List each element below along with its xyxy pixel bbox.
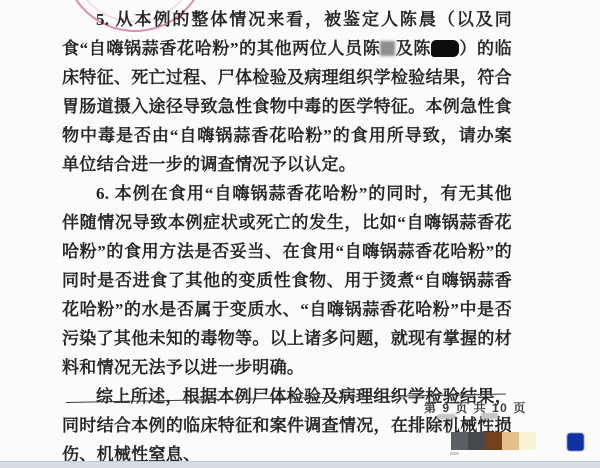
scanned-document-page: 5. 从本例的整体情况来看，被鉴定人陈晨（以及同食“自嗨锅蒜香花哈粉”的其他两位… [0, 0, 600, 468]
color-swatch [485, 432, 502, 450]
redacted-name-blur [380, 41, 395, 56]
paragraph-5-text-2: 及陈 [395, 39, 431, 58]
paragraph-5: 5. 从本例的整体情况来看，被鉴定人陈晨（以及同食“自嗨锅蒜香花哈粉”的其他两位… [62, 5, 512, 179]
redacted-name-black [431, 40, 459, 57]
highlight-smudge-current-page [437, 414, 455, 420]
paragraph-5-text-3: ）的临床特征、死亡过程、尸体检验及病理组织学检验结果，符合胃肠道摄入途径导致急性… [62, 39, 512, 174]
color-swatch [502, 432, 519, 450]
paragraph-6: 6. 本例在食用“自嗨锅蒜香花哈粉”的同时，有无其他伴随情况导致本例症状或死亡的… [62, 179, 512, 382]
color-swatch-strip [451, 432, 536, 450]
highlight-smudge-total-pages [481, 413, 498, 419]
color-swatch [468, 432, 485, 450]
blue-color-chip [567, 433, 584, 451]
scan-artifact-mark [450, 452, 459, 455]
screenshot-bottom-band [0, 461, 600, 468]
color-swatch [519, 432, 536, 450]
color-swatch [451, 432, 468, 450]
